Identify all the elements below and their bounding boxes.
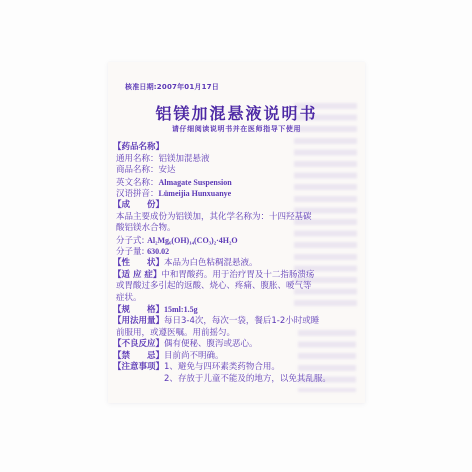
- section-dosage-line1: 【用法用量】每日3-4次，每次一袋，餐后1-2小时或睡: [113, 316, 361, 328]
- pinyin-name-line: 汉语拼音：Lümeijia Hunxuanye: [113, 188, 361, 200]
- read-instructions-note: 请仔细阅读说明书并在医师指导下使用: [108, 124, 365, 134]
- molecular-weight-line: 分子量: 630.02: [113, 246, 361, 258]
- section-adverse-reactions: 【不良反应】偶有便秘、腹泻或恶心。: [113, 339, 361, 351]
- section-contraindications: 【禁 忌】目前尚不明确。: [113, 351, 361, 363]
- section-dosage-line2: 前服用，或遵医嘱。用前摇匀。: [113, 328, 361, 340]
- composition-text-line1: 本品主要成份为铝镁加，其化学名称为：十四羟基碳: [113, 212, 361, 224]
- section-description: 【性 状】本品为白色粘稠混悬液。: [113, 258, 361, 270]
- section-header-composition: 【成 份】: [113, 200, 361, 212]
- section-strength: 【规 格】15ml:1.5g: [113, 304, 361, 316]
- english-name-line: 英文名称：Almagate Suspension: [113, 177, 361, 189]
- section-indications-line1: 【适 应 症】中和胃酸药。用于治疗胃及十二指肠溃疡: [113, 270, 361, 282]
- trade-name-line: 商品名称：安达: [113, 165, 361, 177]
- section-precautions-item2: 2、存放于儿童不能及的地方，以免其乱服。: [113, 374, 361, 386]
- approval-date: 核准日期:2007年01月17日: [125, 82, 219, 92]
- section-precautions-item1: 【注意事项】1、避免与四环素类药物合用。: [113, 362, 361, 374]
- section-indications-line3: 症状。: [113, 293, 361, 305]
- composition-text-line2: 酸铝镁水合物。: [113, 223, 361, 235]
- page-title: 铝镁加混悬液说明书: [108, 101, 365, 124]
- leaflet-sheet: 核准日期:2007年01月17日 铝镁加混悬液说明书 请仔细阅读说明书并在医师指…: [108, 62, 365, 403]
- screenshot-stage: 核准日期:2007年01月17日 铝镁加混悬液说明书 请仔细阅读说明书并在医师指…: [0, 0, 472, 472]
- leaflet-body: 【药品名称】 通用名称：铝镁加混悬液 商品名称：安达 英文名称：Almagate…: [113, 142, 361, 385]
- molecular-formula-line: 分子式: Al₂Mg₆(OH)₁₄(CO₃)₂·4H₂O: [113, 235, 361, 247]
- generic-name-line: 通用名称：铝镁加混悬液: [113, 154, 361, 166]
- section-indications-line2: 或胃酸过多引起的返酸、烧心、疼痛、腹胀、嗳气等: [113, 281, 361, 293]
- section-header-drug-name: 【药品名称】: [113, 142, 361, 154]
